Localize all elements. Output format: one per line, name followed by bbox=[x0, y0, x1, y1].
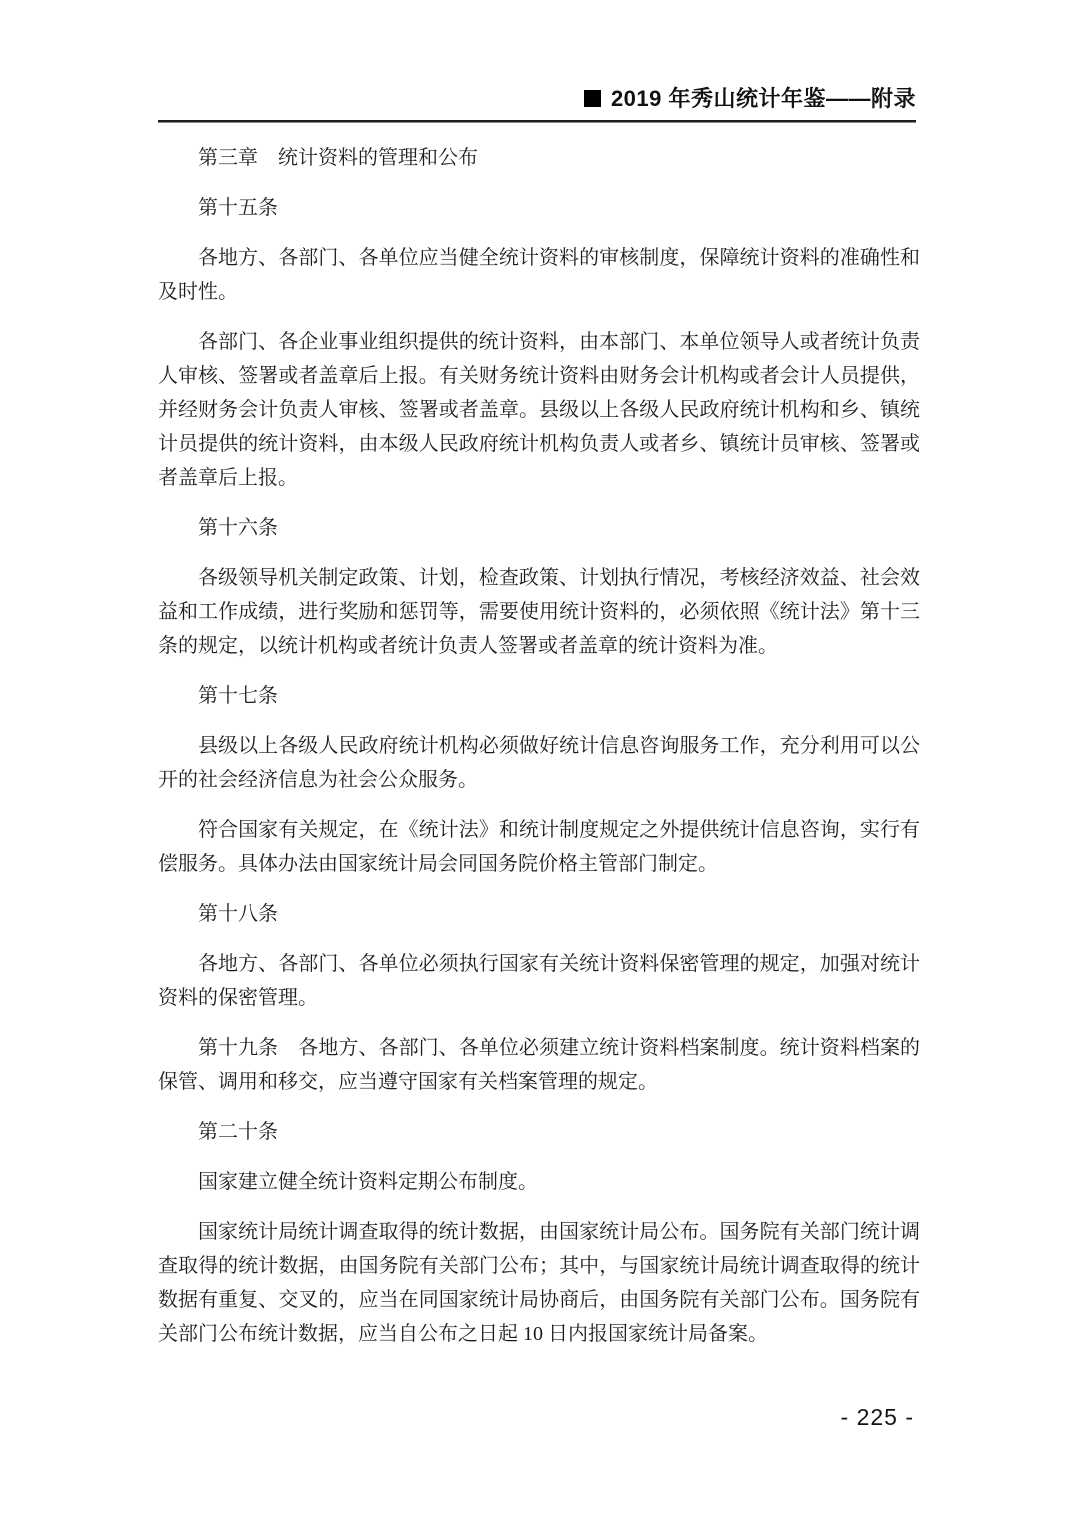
body-paragraph: 各地方、各部门、各单位应当健全统计资料的审核制度，保障统计资料的准确性和及时性。 bbox=[158, 241, 920, 309]
black-square-icon bbox=[584, 90, 601, 107]
body-paragraph-article-19: 第十九条 各地方、各部门、各单位必须建立统计资料档案制度。统计资料档案的保管、调… bbox=[158, 1031, 920, 1099]
page-number: - 225 - bbox=[841, 1404, 914, 1431]
body-paragraph: 国家建立健全统计资料定期公布制度。 bbox=[158, 1165, 920, 1199]
chapter-heading: 第三章 统计资料的管理和公布 bbox=[158, 141, 920, 175]
article-label-17: 第十七条 bbox=[158, 679, 920, 713]
body-paragraph: 国家统计局统计调查取得的统计数据，由国家统计局公布。国务院有关部门统计调查取得的… bbox=[158, 1215, 920, 1351]
article-label-20: 第二十条 bbox=[158, 1115, 920, 1149]
article-label-18: 第十八条 bbox=[158, 897, 920, 931]
document-body: 第三章 统计资料的管理和公布 第十五条 各地方、各部门、各单位应当健全统计资料的… bbox=[158, 141, 920, 1367]
article-label-15: 第十五条 bbox=[158, 191, 920, 225]
body-paragraph: 符合国家有关规定，在《统计法》和统计制度规定之外提供统计信息咨询，实行有偿服务。… bbox=[158, 813, 920, 881]
body-paragraph: 各部门、各企业事业组织提供的统计资料，由本部门、本单位领导人或者统计负责人审核、… bbox=[158, 325, 920, 495]
article-label-16: 第十六条 bbox=[158, 511, 920, 545]
header-title-text: 2019 年秀山统计年鉴——附录 bbox=[611, 86, 916, 111]
header-title: 2019 年秀山统计年鉴——附录 bbox=[584, 86, 916, 111]
body-paragraph: 各地方、各部门、各单位必须执行国家有关统计资料保密管理的规定，加强对统计资料的保… bbox=[158, 947, 920, 1015]
page-header: 2019 年秀山统计年鉴——附录 bbox=[158, 82, 916, 122]
body-paragraph: 各级领导机关制定政策、计划，检查政策、计划执行情况，考核经济效益、社会效益和工作… bbox=[158, 561, 920, 663]
document-page: 2019 年秀山统计年鉴——附录 第三章 统计资料的管理和公布 第十五条 各地方… bbox=[0, 0, 1074, 1520]
body-paragraph: 县级以上各级人民政府统计机构必须做好统计信息咨询服务工作，充分利用可以公开的社会… bbox=[158, 729, 920, 797]
